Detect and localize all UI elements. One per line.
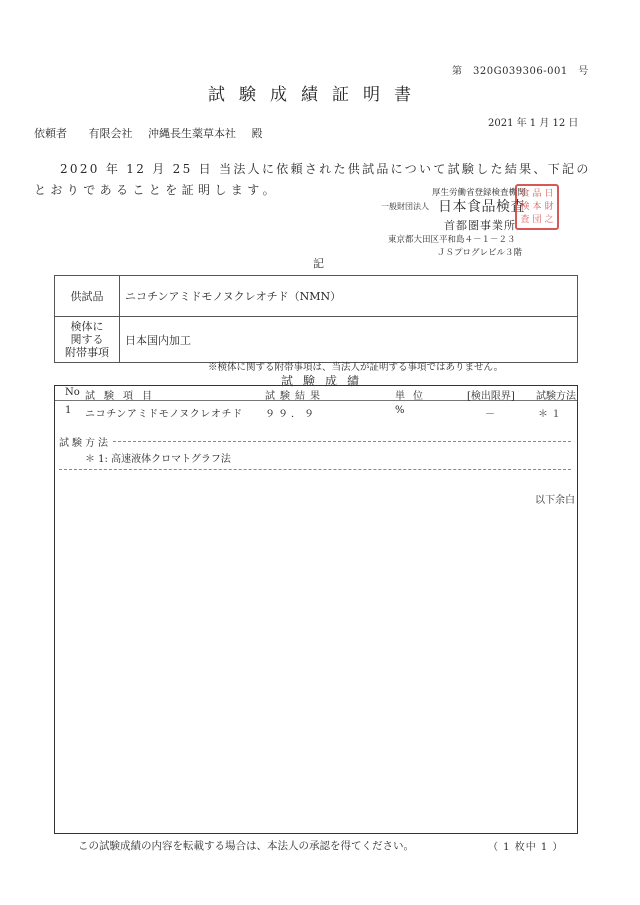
header-method: 試験方法 — [536, 387, 576, 402]
seal-glyph: 査 — [520, 215, 529, 225]
seal-glyph: 品 — [532, 189, 541, 199]
issuer-office: 首都圏事業所 — [444, 217, 516, 233]
issuer-corp-type: 一般財団法人 — [381, 201, 429, 212]
statement-line-1: 2020 年 12 月 25 日 当法人に依頼された供試品について試験した結果、… — [60, 160, 591, 177]
row-item: ニコチンアミドモノヌクレオチド — [85, 405, 243, 420]
issue-date: 2021 年 1 月 12 日 — [488, 114, 578, 129]
notes-label-line: 附帯事項 — [56, 346, 118, 359]
sample-label: 供試品 — [55, 276, 120, 317]
client-company-name: 沖縄長生薬草本社 — [148, 127, 236, 140]
document-number: 第 320G039306-001 号 — [452, 62, 589, 77]
issuer-name: 日本食品検査 — [438, 196, 525, 216]
page-indicator: （ 1 枚中 1 ） — [488, 838, 563, 853]
row-result: ９９．９ — [265, 405, 317, 420]
footer-notice: この試験成績の内容を転載する場合は、本法人の承認を得てください。 — [78, 838, 414, 853]
header-limit: [検出限界] — [467, 387, 515, 402]
statement-line-2: とおりであることを証明します。 — [34, 181, 279, 198]
results-header-row: No 試験項目 試験結果 単位 [検出限界] 試験方法 — [55, 386, 577, 401]
client-label: 依頼者 — [34, 127, 67, 140]
seal-glyph: 検 — [520, 202, 529, 212]
disclaimer-note: ※検体に関する附帯事項は、当法人が証明する事項ではありません。 — [208, 359, 503, 373]
header-no: No — [65, 387, 80, 398]
end-mark: 以下余白 — [535, 491, 575, 506]
document-title: 試験成績証明書 — [208, 80, 425, 105]
sample-value: ニコチンアミドモノヌクレオチド（NMN） — [120, 276, 578, 317]
header-item: 試験項目 — [85, 387, 161, 402]
notes-value: 日本国内加工 — [120, 317, 578, 363]
seal-glyph: 食 — [520, 189, 529, 199]
method-divider — [113, 441, 571, 442]
header-unit: 単位 — [395, 387, 431, 402]
seal-glyph: 本 — [532, 202, 541, 212]
client-honorific: 殿 — [252, 127, 263, 140]
table-row: 1 ニコチンアミドモノヌクレオチド ９９．９ % － ＊１ — [55, 404, 577, 418]
notes-label-line: 検体に — [56, 320, 118, 333]
record-heading: 記 — [313, 255, 324, 271]
method-divider-bottom — [59, 469, 571, 470]
method-label: 試験方法 — [59, 434, 111, 449]
issuer-address-1: 東京都大田区平和島４－１－２３ — [388, 233, 516, 245]
issuer-address-2: ＪＳプログレビル３階 — [437, 246, 522, 258]
official-seal-icon: 食品日検本財査団之 — [515, 184, 559, 230]
row-unit: % — [395, 405, 413, 416]
seal-glyph: 之 — [544, 215, 553, 225]
client-line: 依頼者 有限会社 沖縄長生薬草本社 殿 — [34, 125, 275, 141]
method-item: ＊ 1: 高速液体クロマトグラフ法 — [85, 450, 231, 465]
seal-glyph: 財 — [544, 202, 553, 212]
seal-glyph: 団 — [532, 215, 541, 225]
results-table: No 試験項目 試験結果 単位 [検出限界] 試験方法 1 ニコチンアミドモノヌ… — [54, 385, 578, 834]
seal-glyph: 日 — [544, 189, 553, 199]
header-result: 試験結果 — [265, 387, 325, 402]
notes-label: 検体に 関する 附帯事項 — [55, 317, 120, 363]
notes-label-line: 関する — [56, 333, 118, 346]
client-company-type: 有限会社 — [89, 127, 133, 140]
row-no: 1 — [65, 405, 71, 416]
row-method: ＊１ — [538, 405, 564, 420]
row-limit: － — [485, 405, 495, 420]
sample-info-table: 供試品 ニコチンアミドモノヌクレオチド（NMN） 検体に 関する 附帯事項 日本… — [54, 275, 578, 363]
